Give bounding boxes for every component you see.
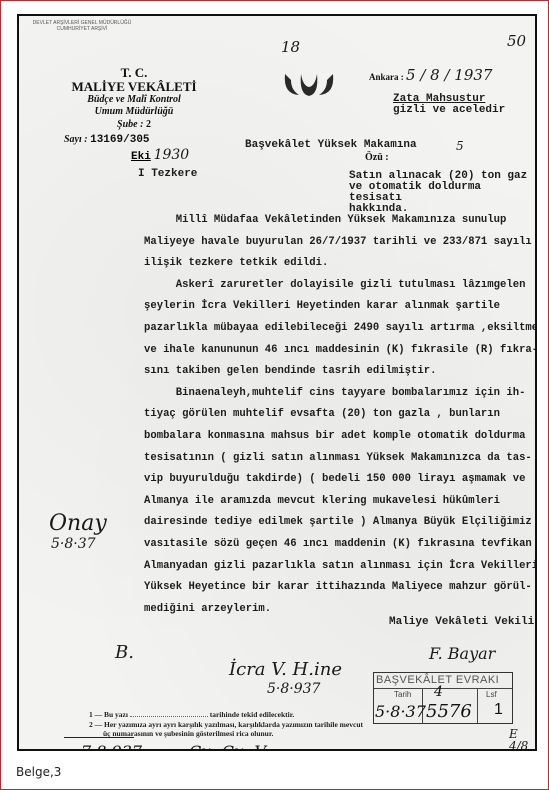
body-line: vasıtasile sözü geçen 46 ıncı maddenin (… [144,534,514,556]
eki-line: Eki 1930 [131,147,189,163]
page-number: 50 [507,32,526,50]
subject-label: Özü : [365,152,389,163]
body-line: bombalara konmasına mahsus bir adet komp… [144,426,514,448]
letterhead-directorate: Umum Müdürlüğü [59,106,209,118]
eki-label: Eki [131,151,151,163]
body-line: ve ihale kanununun 46 ıncı maddesinin (K… [144,340,514,362]
body-line: pazarlıkla mübayaa edilebileceği 2490 sa… [144,318,514,340]
stamp-divider [477,688,478,723]
body-line: Maliyeye havale buyurulan 26/7/1937 tari… [144,232,514,254]
footer-note-1: 1 — Bu yazı tarihinde tekid edilecektir. [89,710,363,720]
body-line: Almanya ile aramızda mevcut klering muka… [144,491,514,513]
approval-date: 5·8·37 [51,536,96,552]
body-line: dairesinde tediye edilmek şartile ) Alma… [144,512,514,534]
figure-caption: Belge,3 [16,765,61,779]
footer-note-text: 1 — Bu yazı [89,710,128,719]
stamp-date-value: 5·8·37 [375,702,426,721]
corner-mark-line: 4/8 [509,740,528,751]
body-line: Binaenaleyh,muhtelif cins tayyare bombal… [144,383,514,405]
stamp-number-value: 5576 [426,701,472,722]
referral-date: 5·8·937 [267,681,320,697]
footer-note-2: 2 — Her yazımıza ayrı ayrı karşılık yazı… [89,720,363,730]
footer-blank [130,716,208,717]
letterhead: T. C. MALİYE VEKÂLETİ Büdçe ve Malî Kont… [59,66,209,131]
sube-label: Şube : [117,119,143,130]
strike-line [64,737,134,738]
body-line: tesisatının ( gizli satın alınması Yükse… [144,448,514,470]
page-frame: DEVLET ARŞİVLERİ GENEL MÜDÜRLÜĞÜ CUMHURİ… [0,0,549,790]
place-date: Ankara : 5 / 8 / 1937 [369,66,492,84]
stamp-other-label: Lsf [486,690,497,699]
registry-stamp: BAŞVEKÂLET EVRAKI Tarih 4 Lsf 5·8·37 557… [373,672,513,724]
classification: Zata Mahsustur gizli ve aceledir [393,94,505,116]
body-line: ilişik tezkere tetkik edildi. [144,253,514,275]
sayi-value: 13169/305 [90,134,149,146]
body-line: vip buyurulduğu takdirde) ( bedeli 150 0… [144,469,514,491]
body-line: şeylerin İcra Vekilleri Heyetinden karar… [144,296,514,318]
sube-value: 2 [146,119,151,130]
letterhead-sube: Şube : 2 [59,118,209,131]
signature-title: Maliye Vekâleti Vekili [389,616,534,628]
approval-note: Onay [49,511,107,536]
document-scan: DEVLET ARŞİVLERİ GENEL MÜDÜRLÜĞÜ CUMHURİ… [17,14,537,751]
corner-mark: E 4/8 [509,728,528,751]
subject-line: ve otomatik doldurma tesisatı [349,182,535,204]
body-line: sını takiben gelen bendinde tasrih edilm… [144,361,514,383]
sayi-line: Sayı : 13169/305 [64,134,150,146]
bottom-date: 7·8·937 [81,742,142,751]
letterhead-dept: Büdçe ve Malî Kontrol [59,94,209,106]
classification-line2: gizli ve aceledir [393,105,505,116]
body-line: Almanyadan gizli pazarlıkla satın alınma… [144,556,514,578]
referral-note: İcra V. H.ine [229,659,342,680]
stamp-other-value: 1 [494,701,503,719]
stamp-date-label: Tarih [394,690,411,699]
letterhead-ministry: MALİYE VEKÂLETİ [59,80,209,94]
body-line: tiyaç görülen muhtelif evsafta (20) ton … [144,404,514,426]
crescent-emblem-icon [281,68,337,98]
body-line: Millî Müdafaa Vekâletinden Yüksek Makamı… [144,210,514,232]
subject: Satın alınacak (20) ton gaz ve otomatik … [349,171,535,215]
letterhead-tc: T. C. [59,66,209,80]
footer-note-text: tarihinde tekid edilecektir. [210,710,295,719]
archive-stamp-line: CUMHURİYET ARŞİVİ [27,26,137,32]
paraf-initials: B. [115,642,134,663]
addressee: Başvekâlet Yüksek Makamına [245,139,417,151]
handwritten-18: 18 [281,38,300,56]
letter-body: Millî Müdafaa Vekâletinden Yüksek Makamı… [144,210,514,620]
eki-value: 1930 [154,147,190,163]
stamp-divider [374,688,512,689]
tezkere-note: I Tezkere [138,168,197,180]
stamp-number-top: 4 [434,684,443,700]
bottom-code: Cu. Cu. V. [189,742,268,751]
footer-notes: 1 — Bu yazı tarihinde tekid edilecektir.… [89,710,363,739]
signature: F. Bayar [429,644,495,663]
archive-stamp: DEVLET ARŞİVLERİ GENEL MÜDÜRLÜĞÜ CUMHURİ… [27,20,137,32]
sayi-label: Sayı : [64,134,88,145]
place-label: Ankara : [369,72,404,82]
date-value: 5 / 8 / 1937 [406,66,492,84]
body-line: Askerî zaruretler dolayisile gizli tutul… [144,275,514,297]
body-line: Yüksek Heyetince bir karar ittihazında M… [144,577,514,599]
margin-mark: 5 [456,139,464,153]
